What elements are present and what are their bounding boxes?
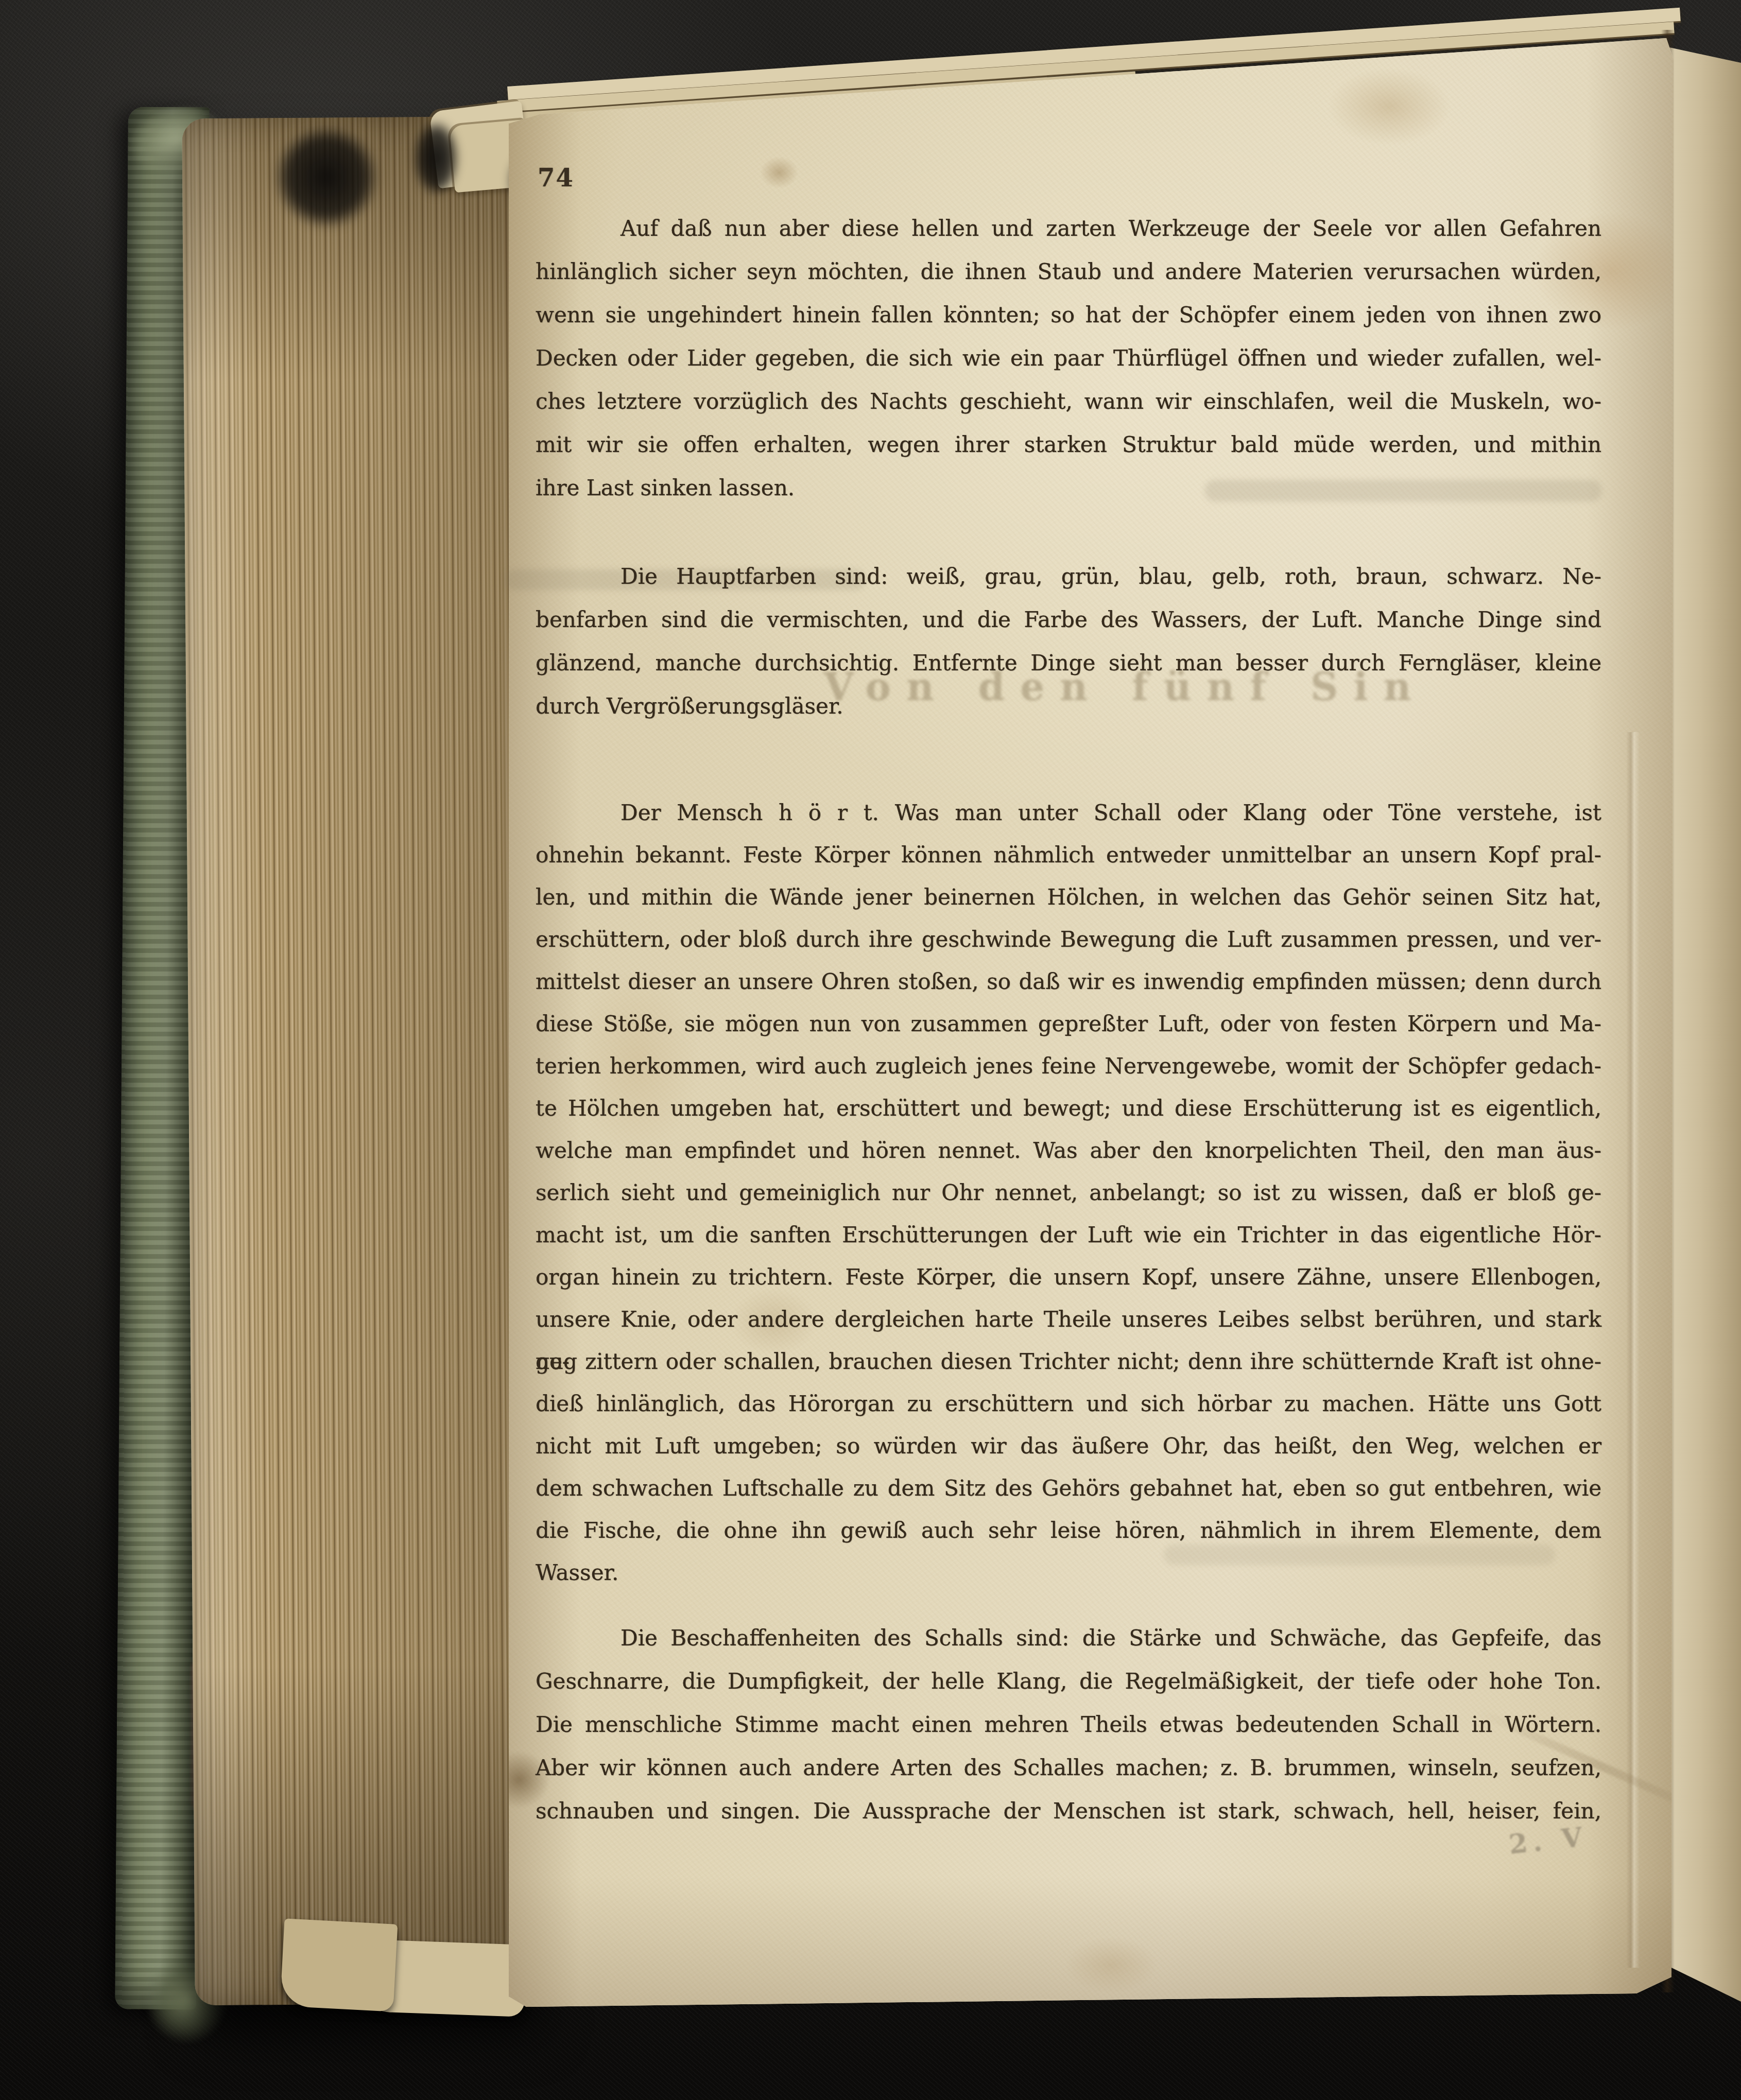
text-line: glänzend, manche durchsichtig. Entfernte… [536,641,1601,685]
paragraph: Die Hauptfarben sind: weiß, grau, grün, … [536,555,1601,728]
text-line: Aber wir können auch andere Arten des Sc… [536,1746,1601,1790]
paragraph: Die Beschaffenheiten des Schalls sind: d… [536,1617,1601,1833]
text-line: diese Stöße, sie mögen nun von zusammen … [536,1003,1601,1045]
text-line: benfarben sind die vermischten, und die … [536,598,1601,641]
text-line: erschüttern, oder bloß durch ihre geschw… [536,918,1601,961]
text-line: Die Hauptfarben sind: weiß, grau, grün, … [536,555,1601,598]
text-line: hinlänglich sicher seyn möchten, die ihn… [536,250,1601,293]
ink-smudge [256,108,397,246]
text-line: ihre Last sinken lassen. [536,466,1601,510]
text-line: nicht mit Luft umgeben; so würden wir da… [536,1425,1601,1467]
next-page-sliver [1669,30,1741,2002]
page-stain [760,157,798,188]
text-line: Die Beschaffenheiten des Schalls sind: d… [536,1617,1601,1660]
page-stain [1065,1937,1158,1993]
text-line: welche man empfindet und hören nennet. W… [536,1130,1601,1172]
text-line: macht ist, um die sanften Erschütterunge… [536,1214,1601,1256]
text-line: ohnehin bekannt. Feste Körper können näh… [536,834,1601,876]
page-edge-stack [182,116,539,2006]
text-line: schnauben und singen. Die Aussprache der… [536,1790,1601,1833]
ink-smudge [406,107,467,209]
paragraph: Der Mensch h ö r t. Was man unter Schall… [536,792,1601,1594]
text-line: Geschnarre, die Dumpfigkeit, der helle K… [536,1660,1601,1703]
text-line: Wasser. [536,1552,1601,1594]
text-line: len, und mithin die Wände jener beinerne… [536,876,1601,918]
text-line: Decken oder Lider gegeben, die sich wie … [536,337,1601,380]
text-line: terien herkommen, wird auch zugleich jen… [536,1045,1601,1087]
text-line: organ hinein zu trichtern. Feste Körper,… [536,1256,1601,1298]
text-line: mittelst dieser an unsere Ohren stoßen, … [536,961,1601,1003]
page-stain [1328,68,1451,145]
text-line: durch Vergrößerungsgläser. [536,685,1601,728]
text-line: die Fische, die ohne ihn gewiß auch sehr… [536,1509,1601,1552]
text-line: Die menschliche Stimme macht einen mehre… [536,1703,1601,1746]
text-line: dieß hinlänglich, das Hörorgan zu erschü… [536,1383,1601,1425]
under-sheet-corner-bottom [280,1918,398,2011]
paragraph: Auf daß nun aber diese hellen und zarten… [536,207,1601,510]
text-line: serlich sieht und gemeiniglich nur Ohr n… [536,1172,1601,1214]
photographed-book-scene: Von den fünf Sin 74 Auf daß nun aber die… [0,0,1741,2100]
text-line: wenn sie ungehindert hinein fallen könnt… [536,293,1601,337]
text-line: ches letztere vorzüglich des Nachts gesc… [536,380,1601,423]
text-line: dem schwachen Luftschalle zu dem Sitz de… [536,1467,1601,1509]
text-line: nug zittern oder schallen, brauchen dies… [536,1341,1601,1383]
text-line: te Hölchen umgeben hat, erschüttert und … [536,1087,1601,1130]
text-line: unsere Knie, oder andere dergleichen har… [536,1298,1601,1341]
page-number: 74 [538,164,574,193]
text-line: mit wir sie offen erhalten, wegen ihrer … [536,423,1601,466]
text-line: Der Mensch h ö r t. Was man unter Schall… [536,792,1601,834]
text-line: Auf daß nun aber diese hellen und zarten… [536,207,1601,250]
